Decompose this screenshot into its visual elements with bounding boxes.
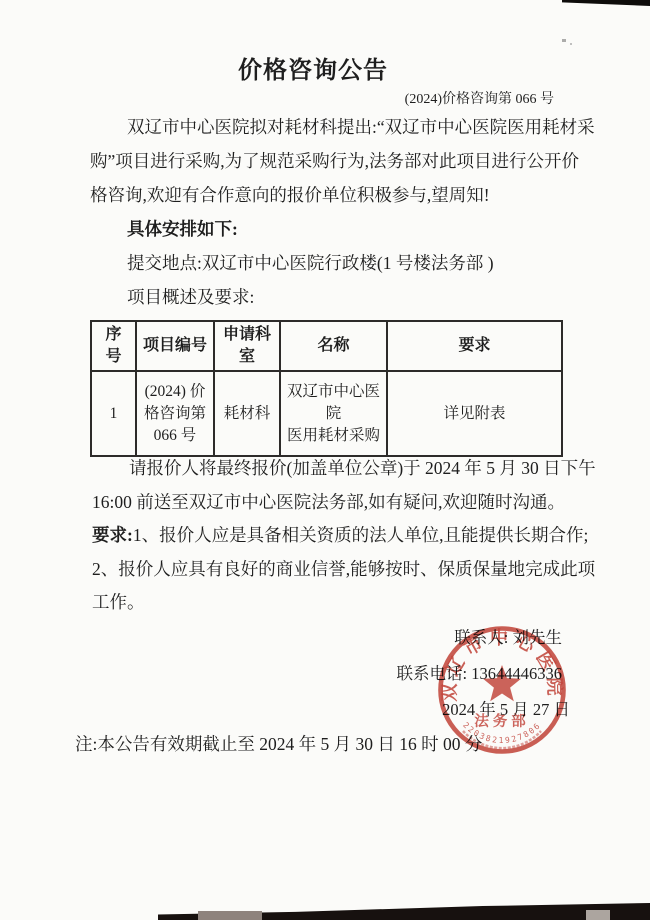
- terms-line: 2、报价人应具有良好的商业信誉,能够按时、保质保量地完成此项: [92, 553, 577, 587]
- arrangement-heading: 具体安排如下:: [90, 212, 575, 246]
- header-cell-name: 名称: [280, 321, 387, 371]
- page-title: 价格咨询公告: [0, 50, 638, 85]
- official-stamp: 双辽市中心医院 法务部 2203821927806: [433, 621, 571, 759]
- header-cell-requirement: 要求: [387, 321, 562, 371]
- terms-line: 16:00 前送至双辽市中心医院法务部,如有疑问,欢迎随时沟通。: [92, 486, 577, 520]
- requirement-label: 要求:: [92, 525, 133, 545]
- scan-speck: [570, 43, 572, 45]
- scanned-document-page: 价格咨询公告 (2024)价格咨询第 066 号 双辽市中心医院拟对耗材科提出:…: [0, 0, 650, 920]
- stamp-star-icon: [483, 665, 521, 701]
- overview-heading: 项目概述及要求:: [90, 280, 575, 314]
- terms-paragraph: 请报价人将最终报价(加盖单位公章)于 2024 年 5 月 30 日下午 16:…: [92, 452, 577, 620]
- cell-requirement: 详见附表: [387, 371, 562, 456]
- intro-line: 双辽市中心医院拟对耗材科提出:“双辽市中心医院医用耗材采: [90, 110, 575, 144]
- requirement-text: 1、报价人应是具备相关资质的法人单位,且能提供长期合作;: [133, 525, 589, 545]
- doc-number: (2024)价格咨询第 066 号: [405, 88, 554, 108]
- terms-line: 工作。: [92, 586, 577, 620]
- intro-paragraph: 双辽市中心医院拟对耗材科提出:“双辽市中心医院医用耗材采 购”项目进行采购,为了…: [90, 110, 575, 314]
- table-header-row: 序 号 项目编号 申请科室 名称 要求: [91, 321, 562, 371]
- scan-speck: [562, 39, 566, 42]
- header-cell-seq: 序 号: [91, 321, 136, 371]
- cell-project-no: (2024) 价 格咨询第 066 号: [136, 371, 214, 456]
- scan-artifact: [586, 910, 610, 920]
- table-row: 1 (2024) 价 格咨询第 066 号 耗材科 双辽市中心医院 医用耗材采购…: [91, 371, 562, 456]
- intro-line: 格咨询,欢迎有合作意向的报价单位积极参与,望周知!: [90, 178, 575, 212]
- scanner-bar-top-icon: [562, 0, 650, 6]
- terms-line: 请报价人将最终报价(加盖单位公章)于 2024 年 5 月 30 日下午: [92, 452, 577, 486]
- header-cell-department: 申请科室: [214, 321, 280, 371]
- scan-artifact: [198, 911, 262, 920]
- submit-location: 提交地点:双辽市中心医院行政楼(1 号楼法务部 ): [90, 246, 575, 280]
- cell-seq: 1: [91, 371, 136, 456]
- stamp-dept-text: 法务部: [474, 712, 530, 730]
- cell-name: 双辽市中心医院 医用耗材采购: [280, 371, 387, 456]
- project-table: 序 号 项目编号 申请科室 名称 要求 1 (2024) 价 格咨询第 066 …: [90, 320, 563, 457]
- cell-department: 耗材科: [214, 371, 280, 456]
- validity-note: 注:本公告有效期截止至 2024 年 5 月 30 日 16 时 00 分: [75, 731, 482, 756]
- terms-line: 要求:1、报价人应是具备相关资质的法人单位,且能提供长期合作;: [92, 519, 577, 553]
- header-cell-project-no: 项目编号: [136, 321, 214, 371]
- intro-line: 购”项目进行采购,为了规范采购行为,法务部对此项目进行公开价: [90, 144, 575, 178]
